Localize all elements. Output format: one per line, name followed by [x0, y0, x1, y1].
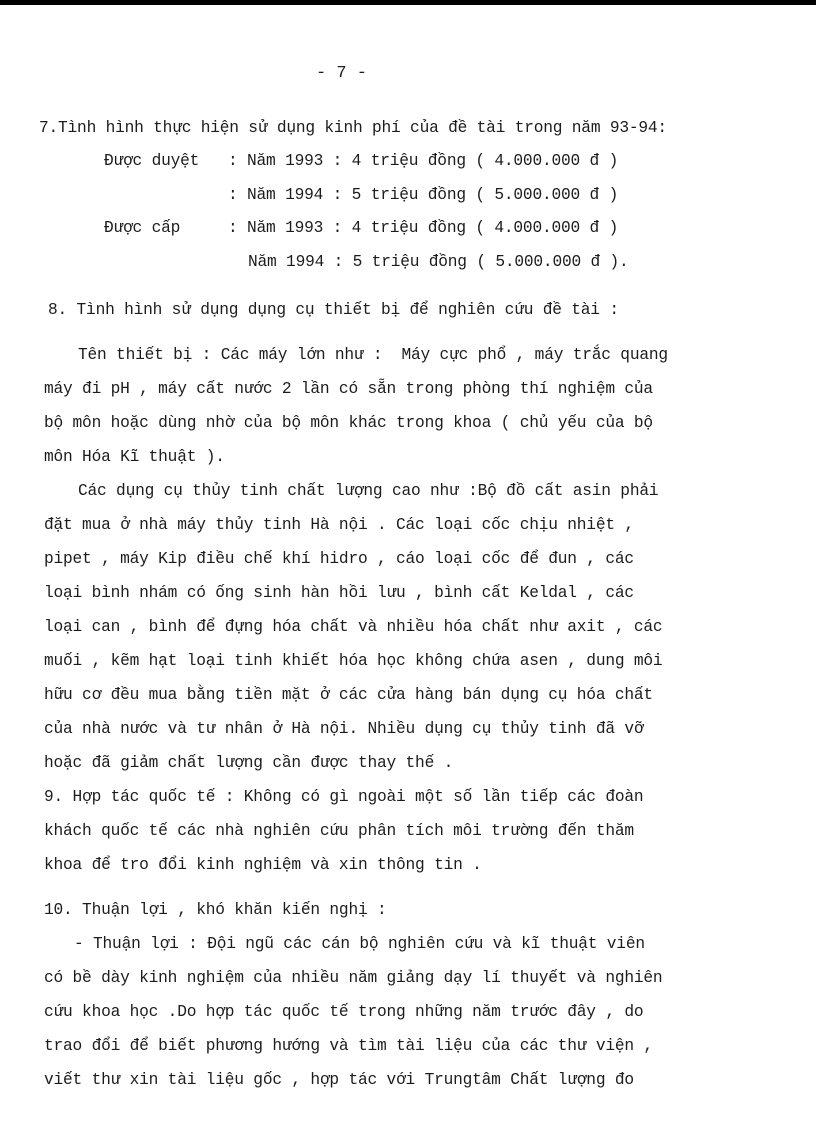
- paragraph-line: của nhà nước và tư nhân ở Hà nội. Nhiều …: [44, 719, 643, 739]
- funding-label-approved: Được duyệt: [104, 151, 199, 171]
- section-10-heading: 10. Thuận lợi , khó khăn kiến nghị :: [44, 900, 387, 920]
- paragraph-line: loại bình nhám có ống sinh hàn hồi lưu ,…: [44, 583, 634, 603]
- paragraph-line: hữu cơ đều mua bằng tiền mặt ở các cửa h…: [44, 685, 653, 705]
- paragraph-line: loại can , bình để đựng hóa chất và nhiề…: [44, 617, 662, 637]
- funding-label-granted: Được cấp: [104, 218, 180, 238]
- paragraph-line: máy đi pH , máy cất nước 2 lần có sẵn tr…: [44, 379, 653, 399]
- section-8-heading: 8. Tình hình sử dụng dụng cụ thiết bị để…: [48, 300, 619, 320]
- funding-row: : Năm 1993 : 4 triệu đồng ( 4.000.000 đ …: [228, 218, 618, 238]
- page-number: - 7 -: [316, 64, 367, 83]
- funding-row: Năm 1994 : 5 triệu đồng ( 5.000.000 đ ).: [248, 252, 629, 272]
- paragraph-line: có bề dày kinh nghiệm của nhiều năm giản…: [44, 968, 662, 988]
- paragraph-line: Tên thiết bị : Các máy lớn như : Máy cực…: [78, 345, 668, 365]
- section-7-heading: 7.Tình hình thực hiện sử dụng kinh phí c…: [39, 118, 667, 138]
- paragraph-line: hoặc đã giảm chất lượng cần được thay th…: [44, 753, 453, 773]
- section-9-line: khoa để tro đổi kinh nghiệm và xin thông…: [44, 855, 482, 875]
- scan-top-border: [0, 0, 816, 5]
- paragraph-line: Các dụng cụ thủy tinh chất lượng cao như…: [78, 481, 658, 501]
- section-9-line: 9. Hợp tác quốc tế : Không có gì ngoài m…: [44, 787, 643, 807]
- paragraph-line: bộ môn hoặc dùng nhờ của bộ môn khác tro…: [44, 413, 653, 433]
- paragraph-line: đặt mua ở nhà máy thủy tinh Hà nội . Các…: [44, 515, 634, 535]
- paragraph-line: - Thuận lợi : Đội ngũ các cán bộ nghiên …: [74, 934, 645, 954]
- paragraph-line: pipet , máy Kip điều chế khí hidro , cáo…: [44, 549, 634, 569]
- paragraph-line: viết thư xin tài liệu gốc , hợp tác với …: [44, 1070, 634, 1090]
- paragraph-line: trao đổi để biết phương hướng và tìm tài…: [44, 1036, 653, 1056]
- section-9-line: khách quốc tế các nhà nghiên cứu phân tí…: [44, 821, 634, 841]
- funding-row: : Năm 1993 : 4 triệu đồng ( 4.000.000 đ …: [228, 151, 618, 171]
- paragraph-line: cứu khoa học .Do hợp tác quốc tế trong n…: [44, 1002, 643, 1022]
- paragraph-line: muối , kẽm hạt loại tinh khiết hóa học k…: [44, 651, 662, 671]
- funding-row: : Năm 1994 : 5 triệu đồng ( 5.000.000 đ …: [228, 185, 618, 205]
- paragraph-line: môn Hóa Kĩ thuật ).: [44, 447, 225, 467]
